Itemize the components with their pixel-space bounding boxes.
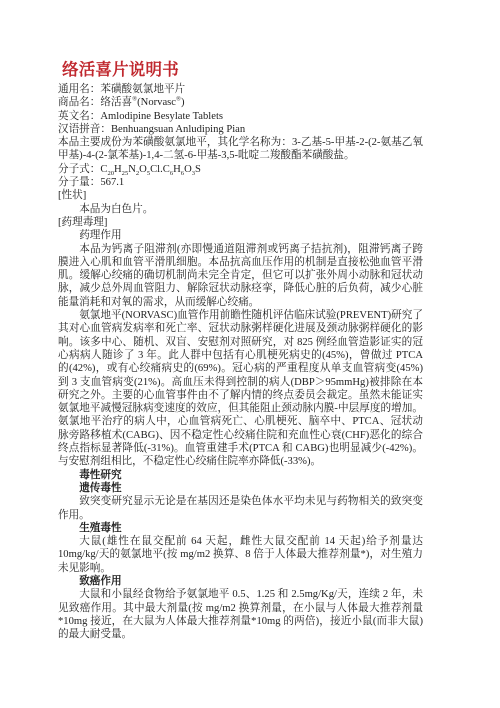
pharmacology-paragraph-2: 氨氯地平(NORVASC)血管作用前瞻性随机评估临床试验(PREVENT)研究了… bbox=[58, 309, 423, 469]
text-run: 英文名：Amlodipine Besylate Tablets bbox=[58, 111, 223, 122]
text-run: S bbox=[195, 164, 201, 175]
text-run: 致突变研究显示无论是在基因还是染色体水平均未见与药物相关的致突变作用。 bbox=[58, 496, 423, 520]
text-run: O bbox=[139, 164, 147, 175]
text-run: 毒性研究 bbox=[79, 470, 121, 481]
text-run: N bbox=[128, 164, 136, 175]
pharmacology-paragraph-1: 本品为钙离子阻滞剂(亦即慢通道阻滞剂或钙离子拮抗剂)，阻滞钙离子跨膜进入心肌和血… bbox=[58, 243, 423, 309]
section-header-character: [性状] bbox=[58, 189, 423, 202]
pinyin-line: 汉语拼音：Benhuangsuan Anludiping Pian bbox=[58, 123, 423, 136]
text-run: 大鼠和小鼠经食物给予氨氯地平 0.5、1.25 和 2.5mg/Kg/天，连续 … bbox=[58, 589, 423, 640]
text-run: 遗传毒性 bbox=[79, 483, 121, 494]
text-run: 氨氯地平(NORVASC)血管作用前瞻性随机评估临床试验(PREVENT)研究了… bbox=[58, 310, 423, 467]
trade-name-line: 商品名：络活喜®(Norvasc®) bbox=[58, 96, 423, 109]
generic-name-line: 通用名：苯磺酸氨氯地平片 bbox=[58, 83, 423, 96]
text-run: [药理毒理] bbox=[58, 217, 107, 228]
text-run: H bbox=[114, 164, 122, 175]
text-run: (Norvasc bbox=[137, 97, 176, 108]
text-run: 通用名：苯磺酸氨氯地平片 bbox=[58, 84, 185, 95]
reproductive-toxicity-header: 生殖毒性 bbox=[58, 522, 423, 535]
text-run: H bbox=[173, 164, 181, 175]
reproductive-toxicity-paragraph: 大鼠(雄性在鼠交配前 64 天起，雌性大鼠交配前 14 天起)给予剂量达10mg… bbox=[58, 535, 423, 575]
text-run: Cl.C bbox=[150, 164, 170, 175]
text-run: 本品为钙离子阻滞剂(亦即慢通道阻滞剂或钙离子拮抗剂)，阻滞钙离子跨膜进入心肌和血… bbox=[58, 244, 423, 308]
text-run: 生殖毒性 bbox=[79, 523, 121, 534]
drug-leaflet-page: 络活喜片说明书 通用名：苯磺酸氨氯地平片商品名：络活喜®(Norvasc®)英文… bbox=[0, 0, 500, 708]
molecular-formula-line: 分子式：C20H25N2O5Cl.C6H6O3S bbox=[58, 163, 423, 176]
text-run: 致癌作用 bbox=[79, 576, 121, 587]
text-run: ) bbox=[181, 97, 185, 108]
text-run: 分子量：567.1 bbox=[58, 177, 124, 188]
text-run: 本品为白色片。 bbox=[79, 204, 153, 215]
page-title: 络活喜片说明书 bbox=[62, 56, 179, 80]
text-run: 汉语拼音：Benhuangsuan Anludiping Pian bbox=[58, 124, 245, 135]
pharmacology-subheader: 药理作用 bbox=[58, 229, 423, 242]
section-header-pharmacology: [药理毒理] bbox=[58, 216, 423, 229]
text-run: 大鼠(雄性在鼠交配前 64 天起，雌性大鼠交配前 14 天起)给予剂量达10mg… bbox=[58, 536, 423, 574]
english-name-line: 英文名：Amlodipine Besylate Tablets bbox=[58, 110, 423, 123]
text-run: [性状] bbox=[58, 190, 86, 201]
genetic-toxicity-header: 遗传毒性 bbox=[58, 482, 423, 495]
document-body: 通用名：苯磺酸氨氯地平片商品名：络活喜®(Norvasc®)英文名：Amlodi… bbox=[58, 83, 423, 641]
carcinogenicity-header: 致癌作用 bbox=[58, 575, 423, 588]
text-run: 本品主要成份为苯磺酸氨氯地平，其化学名称为：3-乙基-5-甲基-2-(2-氨基乙… bbox=[58, 137, 423, 161]
genetic-toxicity-paragraph: 致突变研究显示无论是在基因还是染色体水平均未见与药物相关的致突变作用。 bbox=[58, 495, 423, 522]
toxicity-study-header: 毒性研究 bbox=[58, 469, 423, 482]
carcinogenicity-paragraph: 大鼠和小鼠经食物给予氨氯地平 0.5、1.25 和 2.5mg/Kg/天，连续 … bbox=[58, 588, 423, 641]
character-text: 本品为白色片。 bbox=[58, 203, 423, 216]
text-run: 药理作用 bbox=[79, 230, 121, 241]
text-run: 商品名：络活喜 bbox=[58, 97, 132, 108]
text-run: O bbox=[184, 164, 192, 175]
composition-paragraph: 本品主要成份为苯磺酸氨氯地平，其化学名称为：3-乙基-5-甲基-2-(2-氨基乙… bbox=[58, 136, 423, 163]
molecular-weight-line: 分子量：567.1 bbox=[58, 176, 423, 189]
text-run: 分子式：C bbox=[58, 164, 107, 175]
